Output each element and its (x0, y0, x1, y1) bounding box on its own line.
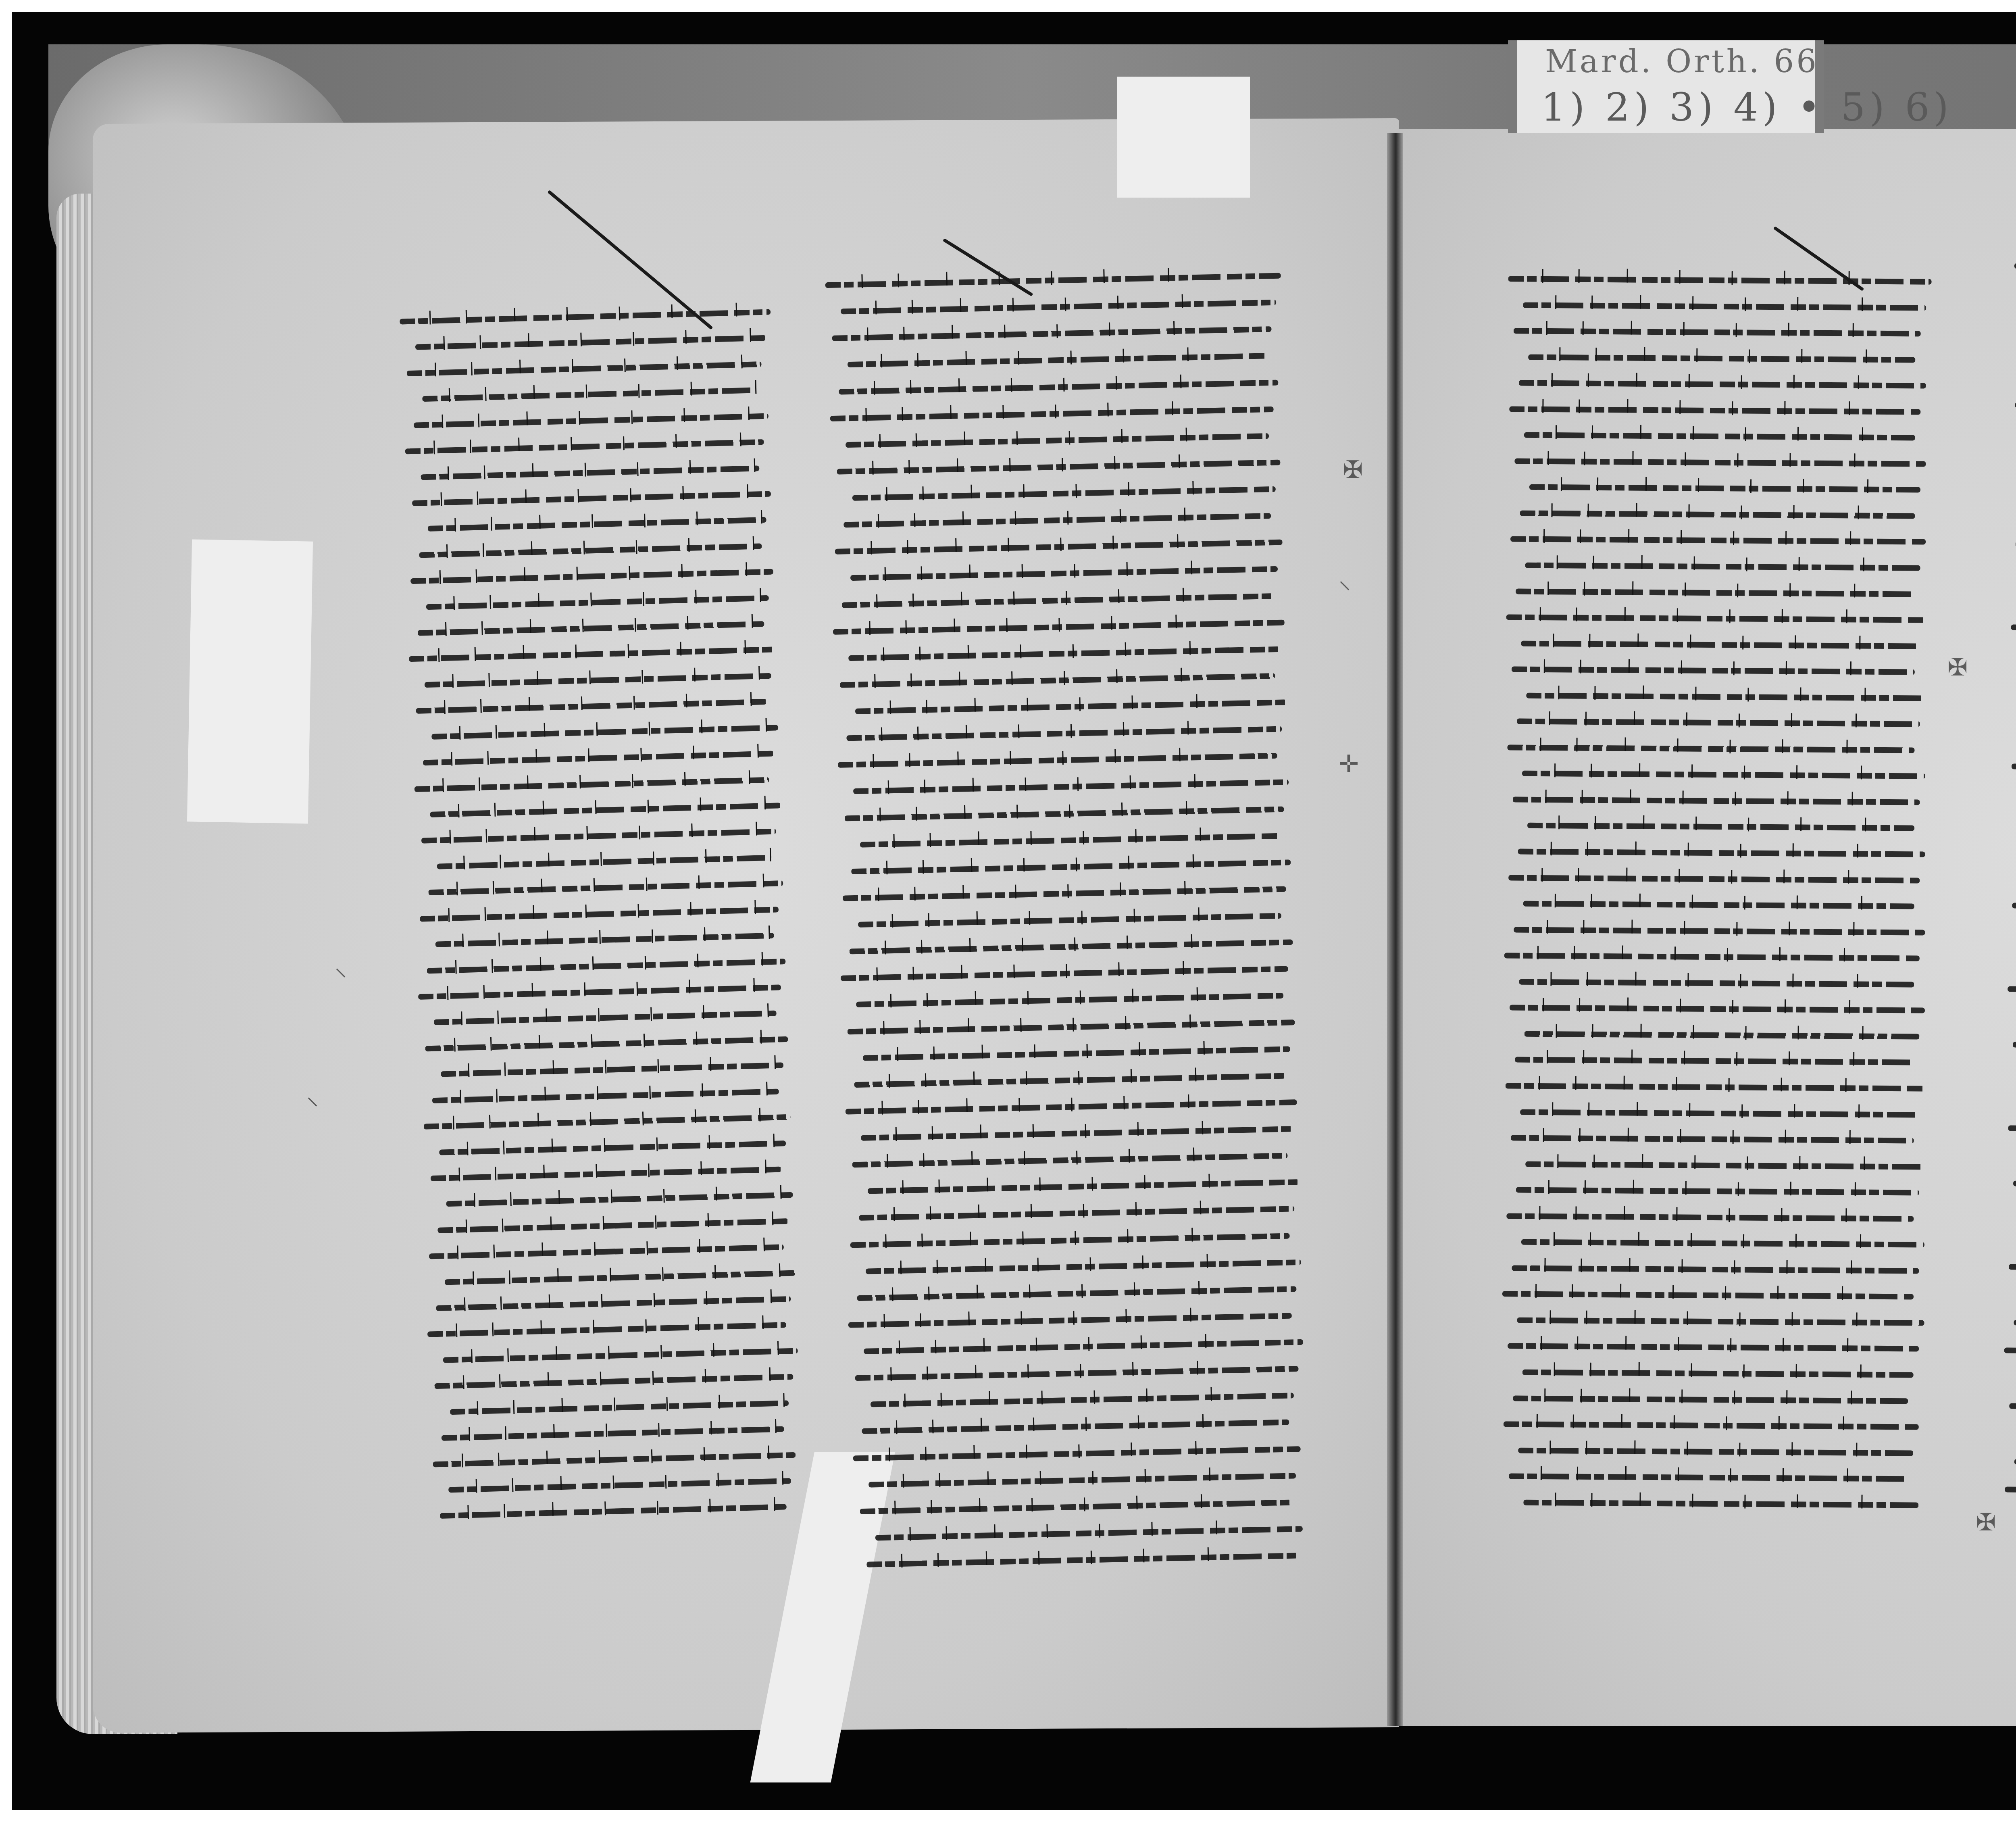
manuscript-text-line (420, 899, 779, 927)
manuscript-text-line (839, 666, 1275, 694)
manuscript-text-line (1524, 425, 1915, 446)
manuscript-text-line (871, 1386, 1294, 1413)
manuscript-text-line (1525, 1154, 1924, 1175)
manuscript-text-line (848, 346, 1267, 373)
manuscript-text-line (846, 426, 1269, 453)
manuscript-text-line (418, 977, 781, 1005)
manuscript-text-line (864, 1332, 1304, 1360)
manuscript-text-line (832, 319, 1272, 347)
manuscript-text-line (843, 506, 1271, 533)
manuscript-text-line (427, 510, 766, 537)
manuscript-text-line (437, 848, 772, 875)
manuscript-text-line (850, 559, 1278, 586)
manuscript-text-line (422, 380, 757, 408)
manuscript-text-line (444, 1263, 796, 1290)
manuscript-text-line (1518, 1440, 1913, 1461)
manuscript-text-line (2008, 1118, 2016, 1141)
manuscript-text-line (1514, 451, 1926, 472)
manuscript-text-line (413, 406, 768, 434)
manuscript-text-line (860, 826, 1279, 853)
manuscript-text-line (839, 372, 1279, 400)
manuscript-text-line (1512, 659, 1915, 681)
margin-gloss: ✠ (1947, 653, 1968, 682)
margin-gloss: ✛ (1339, 750, 1359, 778)
manuscript-text-line (853, 772, 1289, 800)
manuscript-text-line (421, 821, 776, 849)
manuscript-text-line (1523, 295, 1926, 316)
manuscript-text-line (435, 926, 774, 953)
manuscript-text-line (837, 452, 1281, 480)
manuscript-text-line (419, 536, 762, 563)
manuscript-text-line (1521, 1232, 1924, 1253)
manuscript-text-line (853, 1439, 1301, 1467)
manuscript-text-line (848, 1305, 1292, 1333)
manuscript-text-line (867, 1172, 1299, 1199)
manuscript-text-line (1512, 1258, 1919, 1279)
manuscript-text-line (2008, 979, 2016, 1002)
manuscript-text-line (1514, 321, 1921, 342)
manuscript-text-line (427, 951, 786, 979)
manuscript-text-line (1514, 919, 1925, 941)
manuscript-text-line (429, 1237, 784, 1265)
manuscript-text-line (415, 328, 766, 356)
manuscript-text-line (833, 612, 1285, 640)
margin-gloss: ⸌ (1339, 573, 1351, 606)
manuscript-text-line (443, 1340, 798, 1368)
manuscript-text-line (1513, 1388, 1908, 1409)
paper-slip-left-edge (187, 539, 313, 823)
manuscript-text-line (448, 1471, 791, 1498)
manuscript-text-line (1520, 503, 1915, 525)
manuscript-text-line (433, 1445, 796, 1473)
manuscript-text-line (431, 717, 779, 745)
manuscript-text-line (441, 1055, 784, 1083)
manuscript-text-line (2011, 617, 2016, 640)
manuscript-text-line (2009, 1257, 2016, 1280)
margin-gloss: ⸌ (335, 960, 347, 993)
manuscript-text-line (1502, 1284, 1914, 1305)
manuscript-text-line (428, 873, 783, 901)
section-numbers-text: 1) 2) 3) 4) • 5) 6) (1541, 85, 1953, 130)
manuscript-text-line (414, 770, 769, 798)
manuscript-text-line (857, 1279, 1297, 1307)
manuscript-text-line (862, 1412, 1289, 1440)
manuscript-text-line (1529, 477, 1920, 498)
left-page-outer-column (400, 302, 802, 1525)
catalog-label: Mard. Orth. 66 1) 2) 3) 4) • 5) 6) (1508, 40, 1824, 133)
manuscript-text-line (1517, 711, 1920, 733)
manuscript-text-line (439, 1133, 786, 1161)
manuscript-text-line (416, 692, 767, 719)
manuscript-text-line (423, 744, 774, 771)
manuscript-text-line (858, 906, 1282, 933)
manuscript-text-line (845, 1092, 1297, 1120)
manuscript-text-line (855, 1359, 1299, 1386)
margin-gloss: ⸌ (306, 1089, 319, 1122)
manuscript-text-line (432, 1081, 779, 1109)
manuscript-text-line (405, 432, 764, 460)
manuscript-text-line (1508, 269, 1931, 290)
manuscript-text-line (1505, 1076, 1924, 1097)
manuscript-text-line (1508, 1336, 1919, 1357)
manuscript-text-line (425, 1029, 788, 1057)
manuscript-text-line (2009, 1396, 2016, 1419)
manuscript-text-line (1509, 1466, 1908, 1488)
manuscript-text-line (1519, 971, 1914, 993)
manuscript-text-line (426, 588, 769, 615)
manuscript-text-line (851, 852, 1291, 880)
paper-tab-top (1117, 77, 1250, 198)
manuscript-text-line (854, 1065, 1286, 1093)
manuscript-text-line (859, 1199, 1295, 1227)
manuscript-text-line (1527, 815, 1914, 837)
shelfmark-text: Mard. Orth. 66 (1545, 44, 1819, 80)
manuscript-text-line (437, 1211, 789, 1239)
manuscript-text-line (1524, 1024, 1919, 1045)
manuscript-text-line (841, 586, 1273, 613)
manuscript-text-line (1507, 737, 1914, 759)
manuscript-text-line (835, 532, 1283, 560)
manuscript-text-line (1504, 1414, 1919, 1435)
manuscript-text-line (2013, 1174, 2016, 1197)
manuscript-text-line (848, 639, 1280, 667)
manuscript-text-line (1523, 1492, 1918, 1513)
manuscript-text-line (430, 795, 781, 823)
manuscript-text-line (866, 1252, 1302, 1280)
manuscript-text-line (2004, 1340, 2016, 1363)
manuscript-text-line (1522, 1362, 1914, 1384)
manuscript-text-line (861, 1119, 1293, 1146)
manuscript-text-line (847, 1012, 1295, 1040)
manuscript-text-line (2014, 1452, 2016, 1474)
manuscript-text-line (856, 986, 1284, 1013)
manuscript-text-line (406, 354, 762, 382)
manuscript-text-line (423, 1107, 791, 1135)
manuscript-text-line (1518, 842, 1925, 863)
manuscript-text-line (2014, 1313, 2016, 1336)
manuscript-text-line (410, 562, 774, 590)
manuscript-text-line (421, 458, 760, 486)
manuscript-text-line (412, 484, 771, 512)
manuscript-text-line (1525, 555, 1920, 577)
manuscript-text-line (1510, 529, 1926, 550)
manuscript-text-line (2012, 895, 2016, 918)
manuscript-text-line (1528, 347, 1915, 368)
manuscript-text-line (1521, 633, 1920, 655)
manuscript-text-line (1519, 373, 1926, 394)
manuscript-text-line (436, 1289, 791, 1317)
margin-gloss: ✠ (1976, 1508, 1996, 1536)
manuscript-text-line (450, 1393, 789, 1420)
manuscript-text-line (846, 719, 1282, 747)
manuscript-text-line (844, 799, 1284, 827)
manuscript-text-line (446, 1185, 793, 1212)
manuscript-text-line (841, 292, 1277, 320)
manuscript-text-line (875, 1519, 1303, 1546)
manuscript-text-line (849, 932, 1293, 960)
manuscript-text-line (840, 959, 1288, 987)
manuscript-text-line (852, 1146, 1288, 1174)
manuscript-text-line (1504, 946, 1920, 967)
manuscript-text-line (1509, 399, 1920, 420)
manuscript-text-line (868, 1466, 1296, 1493)
manuscript-text-line (842, 879, 1286, 907)
manuscript-text-line (1522, 763, 1925, 785)
right-page-inner-column (1500, 269, 1931, 1513)
manuscript-text-line (424, 666, 771, 693)
manuscript-text-line (852, 479, 1276, 507)
manuscript-text-line (1516, 1180, 1919, 1201)
manuscript-text-line (860, 1492, 1291, 1520)
manuscript-text-line (409, 640, 776, 668)
manuscript-text-line (2014, 256, 2016, 279)
manuscript-text-line (1510, 998, 1925, 1019)
manuscript-text-line (427, 1315, 787, 1343)
manuscript-text-line (1516, 581, 1915, 602)
manuscript-text-line (1512, 789, 1920, 811)
manuscript-text-line (1506, 1206, 1914, 1227)
manuscript-text-line (1508, 867, 1920, 889)
manuscript-text-line (1511, 1128, 1914, 1149)
left-page-inner-column (825, 266, 1308, 1574)
manuscript-text-line (863, 1039, 1291, 1066)
manuscript-text-line (837, 746, 1277, 773)
manuscript-text-line (1526, 685, 1925, 707)
manuscript-text-line (433, 1003, 777, 1031)
manuscript-text-line (1520, 1102, 1919, 1123)
manuscript-text-line (2012, 757, 2016, 780)
margin-gloss: ✠ (1343, 456, 1363, 484)
manuscript-text-line (441, 1419, 784, 1447)
manuscript-text-line (1523, 894, 1914, 915)
manuscript-text-line (830, 399, 1274, 427)
manuscript-text-line (855, 692, 1287, 719)
manuscript-text-line (850, 1226, 1290, 1253)
manuscript-text-line (1515, 1050, 1914, 1071)
manuscript-text-line (434, 1367, 793, 1395)
manuscript-text-line (430, 1159, 781, 1187)
manuscript-text-line (1506, 607, 1926, 628)
manuscript-text-line (1517, 1310, 1924, 1331)
manuscript-text-line (2012, 1034, 2016, 1057)
manuscript-text-line (417, 614, 764, 641)
gutter-binding (1387, 133, 1403, 1726)
